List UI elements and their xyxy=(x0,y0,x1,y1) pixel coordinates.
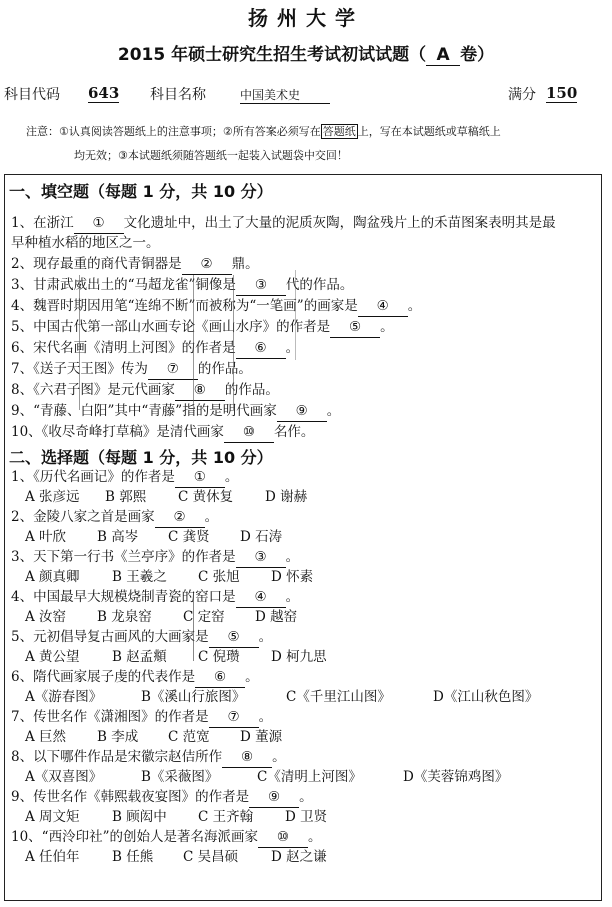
fill-question-2: 2、现存最重的商代青铜器是②鼎。 xyxy=(11,254,259,275)
section-fill-in-title: 一、填空题（每题 1 分，共 10 分） xyxy=(9,179,273,202)
answer-sheet-boxed-text: 答题纸 xyxy=(321,124,358,139)
fill-question-6: 6、宋代名画《清明上河图》的作者是⑥。 xyxy=(11,338,299,359)
scan-artifact-line xyxy=(295,270,296,360)
choice-question-4: 4、中国最早大规模烧制青瓷的窑口是④。 xyxy=(11,587,299,608)
paper-label: A xyxy=(426,45,460,66)
notice-line-2: 均无效；③本试题纸须随答题纸一起装入试题袋中交回！ xyxy=(26,144,596,168)
exam-title-suffix: 卷） xyxy=(460,45,494,65)
scan-artifact-line xyxy=(193,275,194,410)
university-title: 扬州大学 xyxy=(0,2,612,31)
notice-text: 上，写在本试题纸或草稿纸上 xyxy=(358,125,501,138)
scan-artifact-line xyxy=(79,275,80,410)
notice-label: 注意： xyxy=(26,125,59,138)
exam-title-prefix: 2015 年硕士研究生招生考试初试试题（ xyxy=(118,45,426,65)
scan-artifact-line xyxy=(233,275,234,410)
fill-question-1: 1、在浙江①文化遗址中，出土了大量的泥质灰陶，陶盆残片上的禾苗图案表明其是最 xyxy=(11,213,556,234)
subject-name-label: 科目名称 xyxy=(150,84,206,104)
choice-question-5: 5、元初倡导复古画风的大画家是⑤。 xyxy=(11,627,272,648)
question-sheet: 一、填空题（每题 1 分，共 10 分） 1、在浙江①文化遗址中，出土了大量的泥… xyxy=(4,174,602,901)
notice-line-1: 注意：①认真阅读答题纸上的注意事项；②所有答案必须写在答题纸上，写在本试题纸或草… xyxy=(26,120,596,144)
fill-question-7: 7、《送子天王图》传为⑦的作品。 xyxy=(11,359,252,380)
subject-info-row: 科目代码 643 科目名称 中国美术史 满分 150 xyxy=(0,84,612,106)
fill-question-5: 5、中国古代第一部山水画专论《画山水序》的作者是⑤。 xyxy=(11,317,394,338)
full-score: 150 xyxy=(546,84,577,103)
choice-question-7: 7、传世名作《潇湘图》的作者是⑦。 xyxy=(11,707,272,728)
subject-name: 中国美术史 xyxy=(240,86,330,104)
choice-question-3: 3、天下第一行书《兰亭序》的作者是③。 xyxy=(11,547,299,568)
full-score-label: 满分 xyxy=(508,84,536,104)
fill-question-4: 4、魏晋时期因用笔“连绵不断”而被称为“一笔画”的画家是④。 xyxy=(11,296,421,317)
choice-question-10: 10、“西泠印社”的创始人是著名海派画家⑩。 xyxy=(11,827,321,848)
fill-question-10: 10、《收尽奇峰打草稿》是清代画家⑩名作。 xyxy=(11,422,314,443)
choice-question-9: 9、传世名作《韩熙载夜宴图》的作者是⑨。 xyxy=(11,787,313,808)
fill-question-3: 3、甘肃武威出土的“马超龙雀”铜像是③代的作品。 xyxy=(11,275,353,296)
notice: 注意：①认真阅读答题纸上的注意事项；②所有答案必须写在答题纸上，写在本试题纸或草… xyxy=(26,120,596,168)
exam-title: 2015 年硕士研究生招生考试初试试题（A卷） xyxy=(0,40,612,66)
subject-code-label: 科目代码 xyxy=(4,84,60,104)
notice-text: ①认真阅读答题纸上的注意事项；②所有答案必须写在 xyxy=(59,125,321,138)
choice-question-2: 2、金陵八家之首是画家②。 xyxy=(11,507,218,528)
fill-question-1-cont: 早种植水稻的地区之一。 xyxy=(11,233,160,253)
subject-code: 643 xyxy=(88,84,119,103)
section-choice-title: 二、选择题（每题 1 分，共 10 分） xyxy=(9,445,273,468)
scan-artifact-line xyxy=(193,593,194,661)
choice-question-1: 1、《历代名画记》的作者是①。 xyxy=(11,467,238,488)
choice-question-6: 6、隋代画家展子虔的代表作是⑥。 xyxy=(11,667,259,688)
choice-question-8: 8、以下哪件作品是宋徽宗赵佶所作⑧。 xyxy=(11,747,286,768)
fill-question-9: 9、“青藤、白阳”其中“青藤”指的是明代画家⑨。 xyxy=(11,401,340,422)
fill-question-8: 8、《六君子图》是元代画家⑧的作品。 xyxy=(11,380,279,401)
